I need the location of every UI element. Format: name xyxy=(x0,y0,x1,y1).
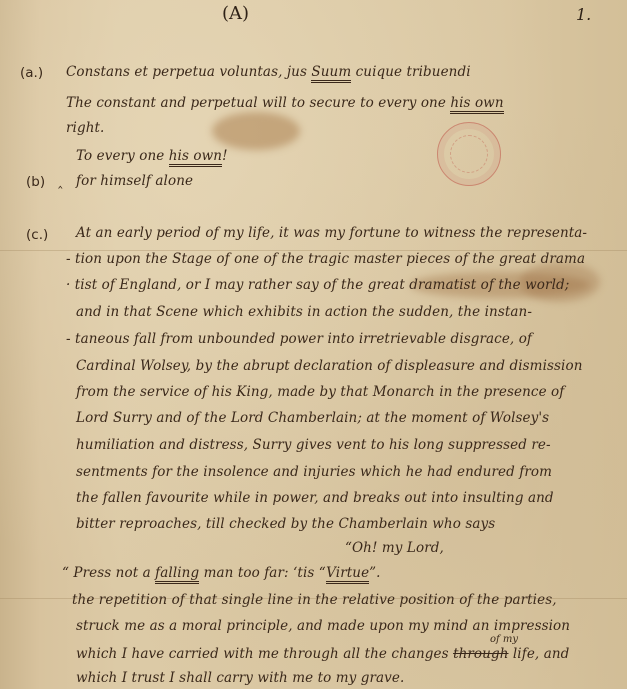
section-b-text: for himself alone xyxy=(76,173,193,189)
english-translation: The constant and perpetual will to secur… xyxy=(66,95,504,111)
body-line: which I trust I shall carry with me to m… xyxy=(76,670,404,686)
body-line: - tion upon the Stage of one of the trag… xyxy=(66,251,585,267)
body-line: sentments for the insolence and injuries… xyxy=(76,464,552,480)
body-line: bitter reproaches, till checked by the C… xyxy=(76,516,495,532)
body-line: from the service of his King, made by th… xyxy=(76,384,564,400)
exclamation-line: To every one his own! xyxy=(76,148,228,164)
english-translation-cont: right. xyxy=(66,120,104,136)
library-seal-stamp xyxy=(437,122,501,186)
manuscript-page: (A) 1. (a.) Constans et perpetua volunta… xyxy=(0,0,627,689)
body-line: At an early period of my life, it was my… xyxy=(76,225,587,241)
body-line: and in that Scene which exhibits in acti… xyxy=(76,304,532,320)
page-title: (A) xyxy=(222,3,249,24)
water-stain xyxy=(212,112,300,150)
quote-line: “ Press not a falling man too far: ‘tis … xyxy=(62,565,381,581)
body-line: Cardinal Wolsey, by the abrupt declarati… xyxy=(76,358,583,374)
body-line: the repetition of that single line in th… xyxy=(72,592,557,608)
interlinear-insertion: of my xyxy=(490,634,518,645)
quote-line: “Oh! my Lord, xyxy=(345,540,444,556)
body-line: struck me as a moral principle, and made… xyxy=(76,618,570,634)
section-c-label: (c.) xyxy=(26,227,48,243)
section-a-label: (a.) xyxy=(20,65,43,81)
insertion-caret: ‸ xyxy=(58,173,63,189)
body-line: humiliation and distress, Surry gives ve… xyxy=(76,437,551,453)
section-b-label: (b) xyxy=(26,174,45,190)
body-line: Lord Surry and of the Lord Chamberlain; … xyxy=(76,410,549,426)
body-line: - taneous fall from unbounded power into… xyxy=(66,331,532,347)
page-number: 1. xyxy=(576,5,591,24)
latin-maxim: Constans et perpetua voluntas, jus Suum … xyxy=(66,64,471,80)
body-line: the fallen favourite while in power, and… xyxy=(76,490,554,506)
body-line: · tist of England, or I may rather say o… xyxy=(66,277,569,293)
body-line: which I have carried with me through all… xyxy=(76,646,569,662)
